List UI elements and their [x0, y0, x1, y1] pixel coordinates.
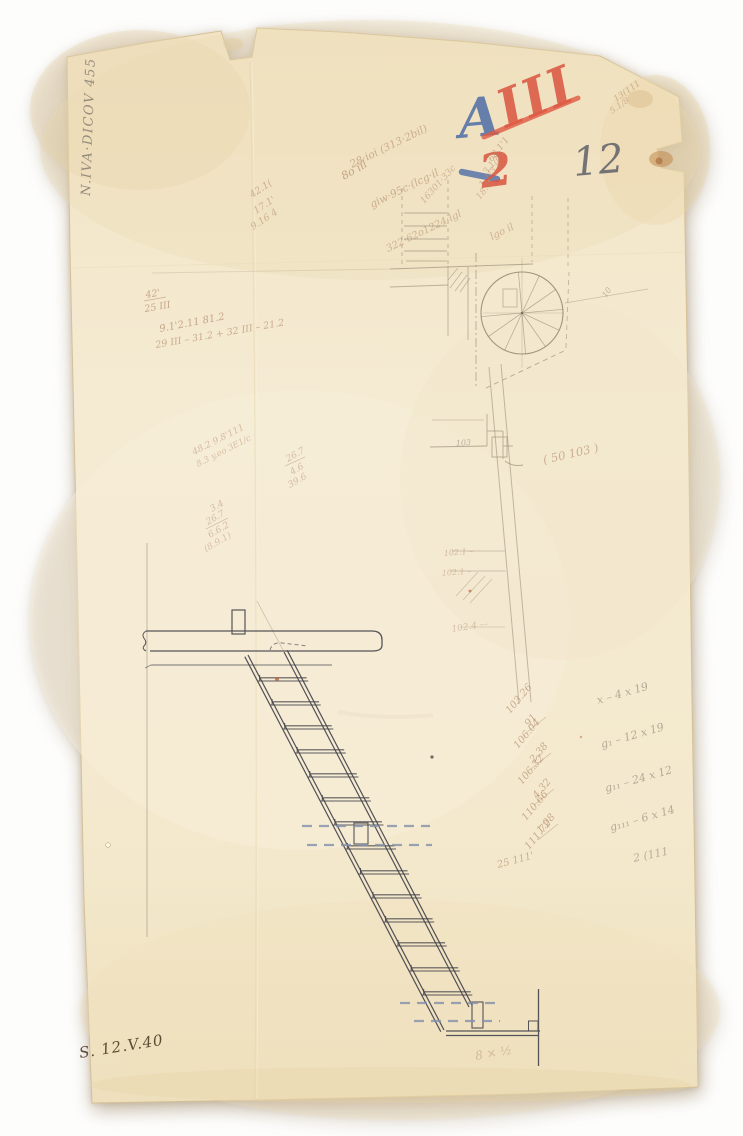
scanned-drawing-page: A III 2 12 N.IVA·DICOV 455 S. 12.V.40 8 …: [0, 0, 743, 1136]
rust-speck: [469, 590, 472, 593]
pencil-number: 12: [571, 136, 626, 186]
rust-speck: [580, 736, 582, 738]
pin-hole: [106, 843, 111, 848]
spiral-center-point: [521, 312, 523, 314]
drawing-svg: A III 2 12 N.IVA·DICOV 455 S. 12.V.40 8 …: [0, 0, 743, 1136]
paper-texture: [30, 20, 720, 1120]
rust-speck: [275, 677, 279, 681]
wall-note: 103: [456, 438, 472, 448]
paper-sheet: [30, 20, 720, 1120]
pencil-dot: [430, 755, 433, 758]
